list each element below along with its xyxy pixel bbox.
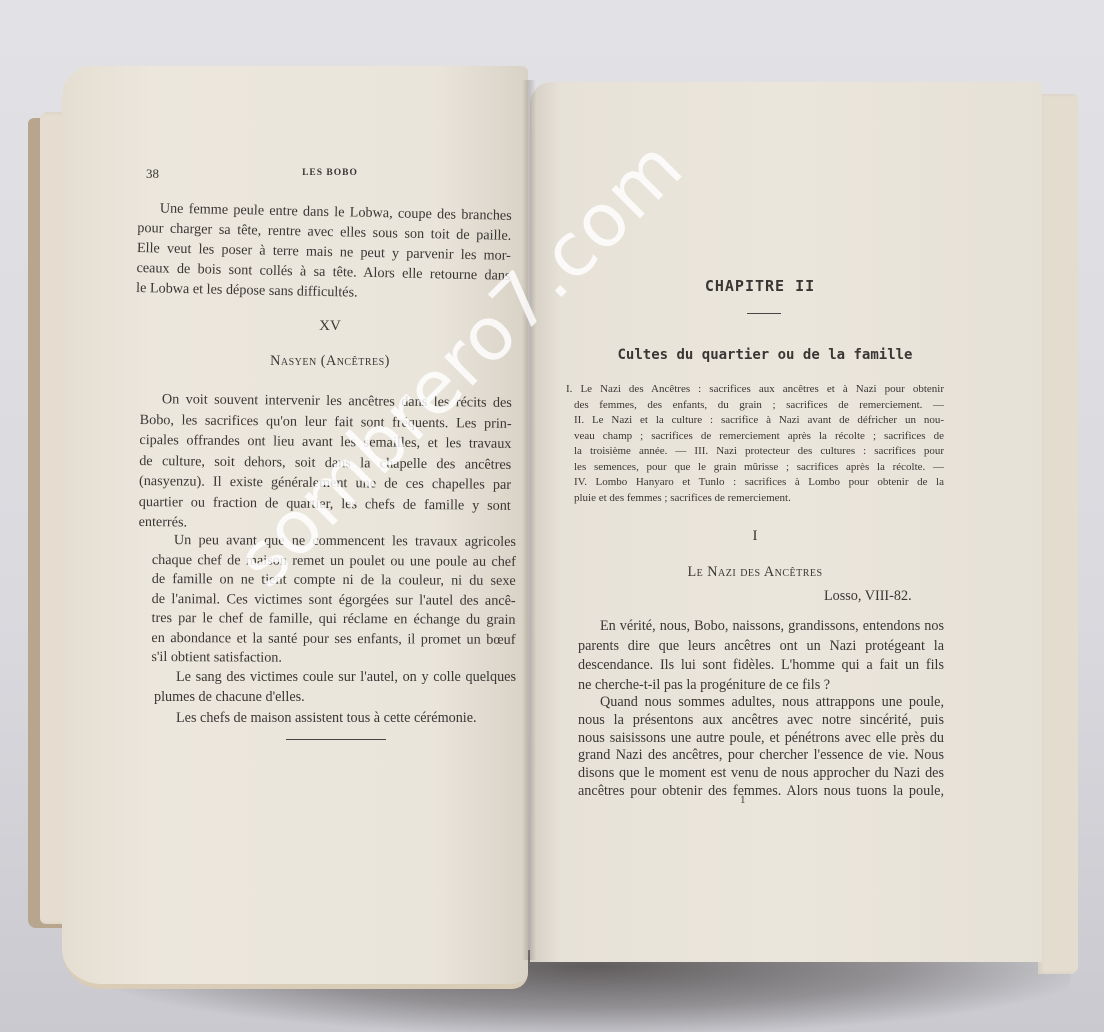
running-head: LES BOBO (260, 163, 400, 183)
text-line: Quand nous sommes adultes, nous attrappo… (578, 694, 944, 712)
summary-line: pluie et des femmes ; sacrifices de reme… (566, 491, 944, 507)
end-rule (286, 739, 386, 740)
text-line: ne cherche-t-il pas la progéniture de ce… (578, 676, 944, 696)
text-line: disons que le moment est venu de nous ap… (578, 765, 944, 783)
text-line: nous saisissons une autre poule, et péné… (578, 730, 944, 748)
text-line: de l'animal. Ces victimes sont égorgées … (152, 589, 516, 610)
page-edges-right (1038, 94, 1078, 974)
text-line: tres par le chef de famille, qui réclame… (151, 609, 515, 630)
summary-line: veau champ ; sacrifices de remerciement … (566, 429, 944, 445)
paragraph-4: Le sang des victimes coule sur l'autel, … (154, 668, 516, 707)
paragraph-1: En vérité, nous, Bobo, naissons, grandis… (578, 617, 944, 695)
book-gutter (522, 80, 536, 960)
paragraph-2: Quand nous sommes adultes, nous attrappo… (578, 694, 944, 801)
chapter-title: Cultes du quartier ou de la famille (590, 345, 940, 365)
section-number: XV (300, 316, 360, 336)
section-title: Le Nazi des Ancêtres (640, 562, 870, 582)
chapter-rule (747, 313, 781, 314)
text-line: nous la présentons aux ancêtres avec not… (578, 712, 944, 730)
text-line: chaque chef de maison remet un poulet ou… (152, 550, 516, 571)
summary-line: les semences, pour que le grain mûrisse … (566, 460, 944, 476)
chapter-summary: I. Le Nazi des Ancêtres : sacrifices aux… (566, 382, 944, 506)
text-line: parents dire que leurs ancêtres ont un N… (578, 637, 944, 657)
text-line: descendance. Ils lui sont fidèles. L'hom… (578, 656, 944, 676)
paragraph-1: Une femme peule entre dans le Lobwa, cou… (136, 198, 512, 306)
chapter-heading: CHAPITRE II (640, 276, 880, 296)
signature-mark: 1 (740, 790, 746, 810)
page-number: 38 (146, 164, 159, 184)
paragraph-5: Les chefs de maison assistent tous à cet… (154, 708, 516, 728)
summary-line: des femmes, des enfants, du grain ; sacr… (566, 398, 944, 414)
text-line: En vérité, nous, Bobo, naissons, grandis… (578, 617, 944, 637)
text-line: grand Nazi des ancêtres, pour chercher l… (578, 747, 944, 765)
text-line: Le sang des victimes coule sur l'autel, … (154, 668, 516, 688)
summary-line: la troisième année. — III. Nazi protecte… (566, 444, 944, 460)
summary-line: I. Le Nazi des Ancêtres : sacrifices aux… (566, 382, 944, 398)
text-line: en abondance et la santé pour ses enfant… (151, 628, 515, 649)
section-number: I (735, 526, 775, 546)
text-line: plumes de chacune d'elles. (154, 688, 516, 708)
source-note: Losso, VIII-82. (824, 586, 964, 606)
text-line: de famille on ne tient compte ni de la c… (152, 570, 516, 591)
summary-line: IV. Lombo Hanyaro et Tunlo : sacrifices … (566, 475, 944, 491)
summary-line: II. Le Nazi et la culture : sacrifice à … (566, 413, 944, 429)
text-line: s'il obtient satisfaction. (151, 648, 515, 669)
paragraph-3: Un peu avant que ne commencent les trava… (151, 531, 516, 669)
text-line: ancêtres pour obtenir des femmes. Alors … (578, 783, 944, 801)
